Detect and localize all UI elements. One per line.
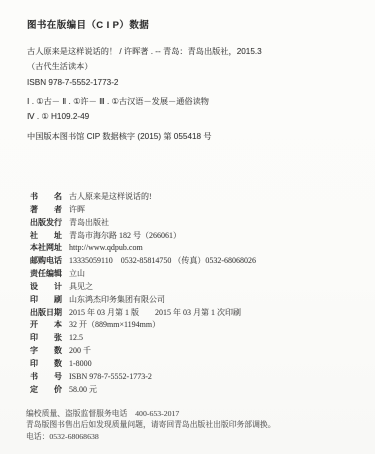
colophon-row-isbn: 书 号ISBN 978-7-5552-1773-2 <box>30 371 367 384</box>
colophon-label: 设 计 <box>30 281 63 294</box>
colophon-value: 200 千 <box>69 346 91 355</box>
colophon-value: 1-8000 <box>69 359 92 368</box>
colophon-row-title: 书 名古人原来是这样说话的! <box>30 191 367 204</box>
colophon-row-word-count: 字 数200 千 <box>30 345 367 358</box>
colophon-label: 印 张 <box>30 332 63 345</box>
colophon-row-print-run: 印 数1-8000 <box>30 358 367 371</box>
colophon-label: 社 址 <box>30 230 63 243</box>
colophon-row-price: 定 价58.00 元 <box>30 384 367 397</box>
colophon-row-website: 本社网址http://www.qdpub.com <box>30 242 367 255</box>
colophon-label: 开 本 <box>30 319 63 332</box>
colophon-row-printer: 印 刷山东鸿杰印务集团有限公司 <box>30 294 367 307</box>
colophon-value: 山东鸿杰印务集团有限公司 <box>69 295 165 304</box>
colophon-row-format: 开 本32 开（889mm×1194mm） <box>30 319 367 332</box>
colophon-label: 著 者 <box>30 204 63 217</box>
colophon-row-order-phone: 邮购电话13335059110 0532-85814750 （传真）0532-6… <box>30 255 367 268</box>
colophon-value: 58.00 元 <box>69 385 97 394</box>
colophon-row-pub-date: 出版日期2015 年 03 月第 1 版 2015 年 03 月第 1 次印刷 <box>30 307 367 320</box>
colophon-label: 邮购电话 <box>30 255 63 268</box>
colophon-row-designer: 设 计具见之 <box>30 281 367 294</box>
colophon-label: 本社网址 <box>30 242 63 255</box>
colophon-table: 书 名古人原来是这样说话的! 著 者许晖 出版发行青岛出版社 社 址青岛市海尔路… <box>30 191 367 397</box>
colophon-row-editor: 责任编辑立山 <box>30 268 367 281</box>
book-copyright-page: 图书在版编目（C I P）数据 古人原来是这样说话的！ / 许晖著 . -- 青… <box>0 0 375 454</box>
colophon-value: 32 开（889mm×1194mm） <box>69 320 160 329</box>
colophon-value: 青岛市海尔路 182 号（266061） <box>69 231 181 240</box>
colophon-row-sheets: 印 张12.5 <box>30 332 367 345</box>
colophon-value: 13335059110 0532-85814750 （传真）0532-68068… <box>69 256 256 265</box>
footer-quality-notice-line: 青岛版图书售出后如发现质量问题，请寄回青岛出版社出版印务部调换。 <box>26 419 367 430</box>
colophon-row-address: 社 址青岛市海尔路 182 号（266061） <box>30 230 367 243</box>
colophon-label: 印 数 <box>30 358 63 371</box>
colophon-row-publisher: 出版发行青岛出版社 <box>30 217 367 230</box>
classification-line: Ⅳ . ① H109.2-49 <box>27 109 365 124</box>
colophon-value: http://www.qdpub.com <box>69 243 143 252</box>
colophon-label: 书 名 <box>30 191 63 204</box>
classification-line: Ⅰ . ①古－ Ⅱ . ①许－ Ⅲ . ①古汉语－发展－通俗读物 <box>27 94 365 109</box>
colophon-value: ISBN 978-7-5552-1773-2 <box>69 372 152 381</box>
colophon-value: 2015 年 03 月第 1 版 2015 年 03 月第 1 次印刷 <box>69 308 241 317</box>
colophon-label: 字 数 <box>30 345 63 358</box>
colophon-value: 青岛出版社 <box>69 218 109 227</box>
cip-title: 图书在版编目（C I P）数据 <box>27 17 149 31</box>
footer-notes: 编校质量、盗版监督服务电话 400-653-2017 青岛版图书售出后如发现质量… <box>26 408 367 442</box>
colophon-label: 书 号 <box>30 371 63 384</box>
footer-phone-line: 电话：0532-68068638 <box>26 431 367 442</box>
cip-book-line: 古人原来是这样说话的！ / 许晖著 . -- 青岛：青岛出版社，2015.3 <box>27 44 365 59</box>
colophon-label: 印 刷 <box>30 294 63 307</box>
cip-description-block: 古人原来是这样说话的！ / 许晖著 . -- 青岛：青岛出版社，2015.3 （… <box>27 44 365 90</box>
colophon-value: 立山 <box>69 269 85 278</box>
footer-service-phone-line: 编校质量、盗版监督服务电话 400-653-2017 <box>26 408 367 419</box>
colophon-label: 出版发行 <box>30 217 63 230</box>
colophon-value: 具见之 <box>69 282 93 291</box>
cip-series-line: （古代生活读本） <box>27 59 365 74</box>
colophon-value: 古人原来是这样说话的! <box>69 192 152 201</box>
colophon-row-author: 著 者许晖 <box>30 204 367 217</box>
colophon-value: 许晖 <box>69 205 85 214</box>
colophon-label: 定 价 <box>30 384 63 397</box>
colophon-label: 出版日期 <box>30 307 63 320</box>
cip-isbn-line: ISBN 978-7-5552-1773-2 <box>27 75 365 90</box>
colophon-label: 责任编辑 <box>30 268 63 281</box>
cip-classification-block: Ⅰ . ①古－ Ⅱ . ①许－ Ⅲ . ①古汉语－发展－通俗读物 Ⅳ . ① H… <box>27 94 365 124</box>
cip-record-number: 中国版本图书馆 CIP 数据核字 (2015) 第 055418 号 <box>27 131 365 142</box>
colophon-value: 12.5 <box>69 333 83 342</box>
